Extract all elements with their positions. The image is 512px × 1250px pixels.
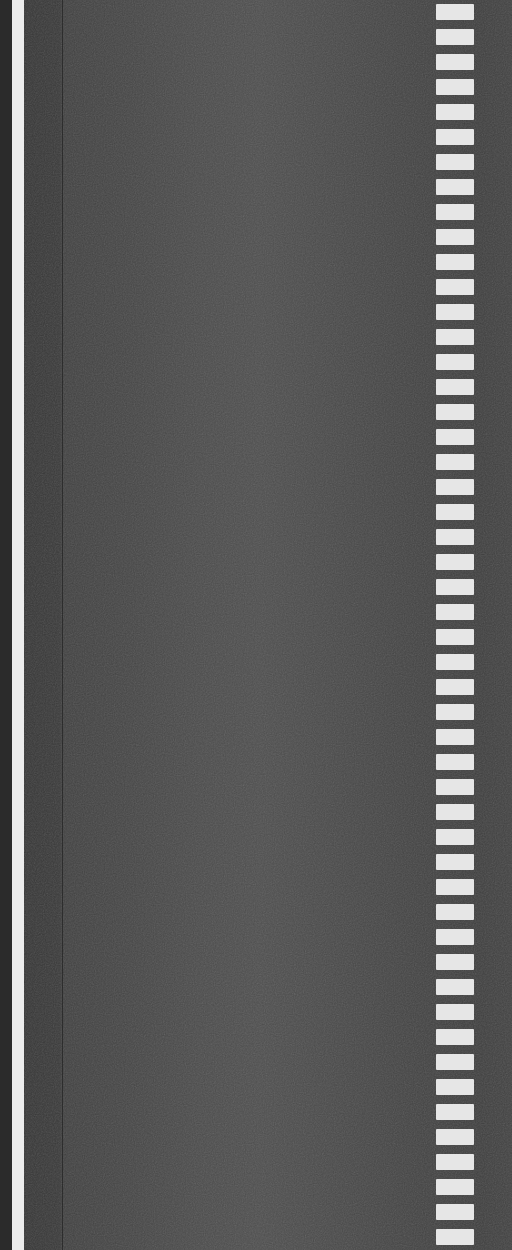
lane-dash	[436, 754, 474, 770]
lane-dash	[436, 654, 474, 670]
lane-dash	[436, 404, 474, 420]
lane-dash	[436, 1029, 474, 1045]
lane-dash	[436, 129, 474, 145]
lane-dash	[436, 154, 474, 170]
lane-dash	[436, 729, 474, 745]
lane-dash	[436, 979, 474, 995]
lane-dash	[436, 879, 474, 895]
lane-dash	[436, 479, 474, 495]
road-surface	[0, 0, 512, 1250]
lane-dash	[436, 29, 474, 45]
lane-dash	[436, 254, 474, 270]
lane-dash	[436, 179, 474, 195]
lane-dash	[436, 204, 474, 220]
lane-dash	[436, 854, 474, 870]
lane-dash	[436, 454, 474, 470]
lane-dash	[436, 4, 474, 20]
lane-dash	[436, 279, 474, 295]
lane-dash	[436, 329, 474, 345]
lane-dash	[436, 954, 474, 970]
lane-dash	[436, 1104, 474, 1120]
lane-dash	[436, 104, 474, 120]
lane-dash	[436, 304, 474, 320]
lane-dash	[436, 679, 474, 695]
lane-dash	[436, 1079, 474, 1095]
lane-dash	[436, 604, 474, 620]
lane-dash	[436, 629, 474, 645]
lane-dash	[436, 504, 474, 520]
lane-dash	[436, 804, 474, 820]
lane-dash	[436, 1154, 474, 1170]
lane-dash	[436, 1179, 474, 1195]
lane-dash	[436, 904, 474, 920]
lane-dash	[436, 1229, 474, 1245]
lane-dash	[436, 1004, 474, 1020]
lane-dash	[436, 1204, 474, 1220]
lane-dash	[436, 779, 474, 795]
lane-dash	[436, 829, 474, 845]
lane-dash	[436, 929, 474, 945]
lane-dash	[436, 1129, 474, 1145]
lane-dash	[436, 704, 474, 720]
lane-dash	[436, 379, 474, 395]
dashed-lane-line	[0, 0, 512, 1250]
lane-dash	[436, 354, 474, 370]
lane-dash	[436, 579, 474, 595]
lane-dash	[436, 554, 474, 570]
lane-dash	[436, 529, 474, 545]
lane-dash	[436, 79, 474, 95]
lane-dash	[436, 229, 474, 245]
lane-dash	[436, 1054, 474, 1070]
lane-dash	[436, 54, 474, 70]
lane-dash	[436, 429, 474, 445]
